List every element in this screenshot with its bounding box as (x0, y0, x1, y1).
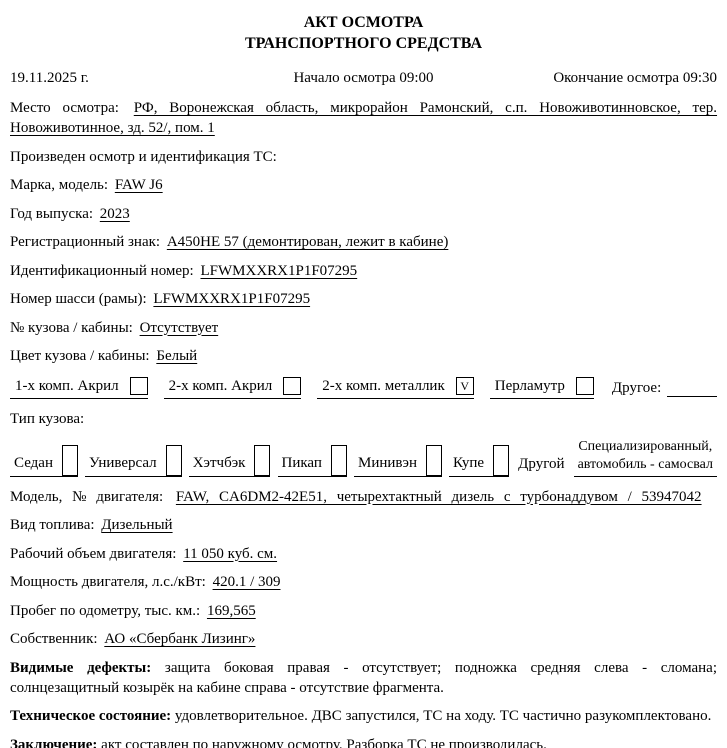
section-defects: Видимые дефекты: защита боковая правая -… (10, 658, 717, 698)
paint-option-acryl1: 1-х комп. Акрил (10, 376, 148, 399)
checkbox-paint-acryl2[interactable] (283, 377, 301, 395)
field-fuel-value: Дизельный (101, 517, 172, 533)
paint-other-label: Другое: (612, 378, 661, 398)
field-chassis: Номер шасси (рамы): LFWMXXRX1P1F07295 (10, 289, 717, 309)
paint-option-metallic: 2-х комп. металлик V (317, 376, 473, 399)
paint-option-metallic-label: 2-х комп. металлик (322, 376, 455, 396)
field-fuel-label: Вид топлива: (10, 517, 95, 533)
section-conclusion: Заключение: акт составлен по наружному о… (10, 735, 717, 748)
paint-option-pearl: Перламутр (490, 376, 594, 399)
field-vin: Идентификационный номер: LFWMXXRX1P1F072… (10, 261, 717, 281)
body-type-other-label: Другой (516, 454, 566, 477)
body-type-row: Седан Универсал Хэтчбэк Пикап Минивэн Ку… (10, 438, 717, 477)
field-engine-value: FAW, CA6DM2-42E51, четырехтактный дизель… (176, 489, 702, 505)
field-displacement-value: 11 050 куб. см. (183, 546, 277, 562)
intro-line: Произведен осмотр и идентификация ТС: (10, 147, 717, 167)
checkbox-body-wagon[interactable] (166, 445, 182, 476)
document-title-line2: ТРАНСПОРТНОГО СРЕДСТВА (10, 33, 717, 54)
field-displacement-label: Рабочий объем двигателя: (10, 546, 176, 562)
field-displacement: Рабочий объем двигателя: 11 050 куб. см. (10, 544, 717, 564)
paint-option-acryl2: 2-х комп. Акрил (164, 376, 302, 399)
field-plate: Регистрационный знак: А450НЕ 57 (демонти… (10, 232, 717, 252)
body-type-sedan: Седан (10, 445, 78, 477)
field-engine-label: Модель, № двигателя: (10, 489, 163, 505)
body-type-wagon-label: Универсал (89, 453, 166, 476)
field-power: Мощность двигателя, л.с./кВт: 420.1 / 30… (10, 572, 717, 592)
field-location-label: Место осмотра: (10, 100, 119, 116)
field-vin-label: Идентификационный номер: (10, 263, 194, 279)
section-condition: Техническое состояние: удовлетворительно… (10, 706, 717, 726)
paint-option-acryl2-label: 2-х комп. Акрил (169, 376, 284, 396)
field-chassis-value: LFWMXXRX1P1F07295 (153, 291, 310, 307)
section-condition-label: Техническое состояние: (10, 708, 171, 724)
section-conclusion-label: Заключение: (10, 737, 97, 748)
paint-other-input[interactable] (667, 379, 717, 397)
field-chassis-label: Номер шасси (рамы): (10, 291, 147, 307)
field-color-label: Цвет кузова / кабины: (10, 348, 150, 364)
inspection-date: 19.11.2025 г. (10, 68, 224, 88)
body-type-minivan-label: Минивэн (358, 453, 426, 476)
field-make-model: Марка, модель: FAW J6 (10, 175, 717, 195)
document-title: АКТ ОСМОТРА ТРАНСПОРТНОГО СРЕДСТВА (10, 12, 717, 54)
field-fuel: Вид топлива: Дизельный (10, 515, 717, 535)
body-type-coupe-label: Купе (453, 453, 493, 476)
field-plate-value: А450НЕ 57 (демонтирован, лежит в кабине) (167, 234, 449, 250)
body-type-pickup: Пикап (278, 445, 347, 477)
body-type-other-value-line2: автомобиль - самосвал (578, 456, 713, 474)
checkbox-paint-metallic[interactable]: V (456, 377, 474, 395)
field-color-value: Белый (156, 348, 197, 364)
checkbox-paint-acryl1[interactable] (130, 377, 148, 395)
inspection-end-time: Окончание осмотра 09:30 (503, 68, 717, 88)
body-type-wagon: Универсал (85, 445, 182, 477)
field-location: Место осмотра: РФ, Воронежская область, … (10, 98, 717, 138)
field-year-label: Год выпуска: (10, 206, 93, 222)
field-body-number: № кузова / кабины: Отсутствует (10, 318, 717, 338)
checkbox-body-coupe[interactable] (493, 445, 509, 476)
body-type-sedan-label: Седан (14, 453, 62, 476)
field-odometer: Пробег по одометру, тыс. км.: 169,565 (10, 601, 717, 621)
body-type-hatchback: Хэтчбэк (189, 445, 271, 477)
field-make-model-value: FAW J6 (115, 177, 163, 193)
paint-option-acryl1-label: 1-х комп. Акрил (15, 376, 130, 396)
body-type-pickup-label: Пикап (282, 453, 331, 476)
field-power-value: 420.1 / 309 (213, 574, 281, 590)
document-title-line1: АКТ ОСМОТРА (10, 12, 717, 33)
paint-type-row: 1-х комп. Акрил 2-х комп. Акрил 2-х комп… (10, 376, 717, 399)
body-type-minivan: Минивэн (354, 445, 442, 477)
field-body-number-value: Отсутствует (140, 320, 219, 336)
checkbox-body-pickup[interactable] (331, 445, 347, 476)
body-type-other-value-line1: Специализированный, (578, 438, 713, 456)
body-type-hatchback-label: Хэтчбэк (193, 453, 255, 476)
field-odometer-value: 169,565 (207, 603, 256, 619)
field-year: Год выпуска: 2023 (10, 204, 717, 224)
section-defects-label: Видимые дефекты: (10, 660, 151, 676)
checkbox-paint-pearl[interactable] (576, 377, 594, 395)
field-owner-value: АО «Сбербанк Лизинг» (104, 631, 255, 647)
field-body-number-label: № кузова / кабины: (10, 320, 133, 336)
field-engine: Модель, № двигателя: FAW, CA6DM2-42E51, … (10, 487, 717, 507)
field-odometer-label: Пробег по одометру, тыс. км.: (10, 603, 200, 619)
field-vin-value: LFWMXXRX1P1F07295 (200, 263, 357, 279)
date-row: 19.11.2025 г. Начало осмотра 09:00 Оконч… (10, 68, 717, 88)
field-owner-label: Собственник: (10, 631, 98, 647)
field-color: Цвет кузова / кабины: Белый (10, 346, 717, 366)
field-owner: Собственник: АО «Сбербанк Лизинг» (10, 629, 717, 649)
checkbox-body-minivan[interactable] (426, 445, 442, 476)
field-year-value: 2023 (100, 206, 130, 222)
body-type-coupe: Купе (449, 445, 509, 477)
section-conclusion-text: акт составлен по наружному осмотру. Разб… (101, 737, 547, 748)
checkbox-body-hatchback[interactable] (254, 445, 270, 476)
field-make-model-label: Марка, модель: (10, 177, 108, 193)
paint-option-pearl-label: Перламутр (495, 376, 576, 396)
field-plate-label: Регистрационный знак: (10, 234, 160, 250)
body-type-title: Тип кузова: (10, 409, 717, 429)
section-condition-text: удовлетворительное. ДВС запустился, ТС н… (175, 708, 711, 724)
inspection-start-time: Начало осмотра 09:00 (224, 68, 503, 88)
body-type-other-value: Специализированный, автомобиль - самосва… (574, 438, 717, 477)
field-power-label: Мощность двигателя, л.с./кВт: (10, 574, 206, 590)
inspection-act-document: АКТ ОСМОТРА ТРАНСПОРТНОГО СРЕДСТВА 19.11… (0, 0, 727, 748)
checkbox-body-sedan[interactable] (62, 445, 78, 476)
